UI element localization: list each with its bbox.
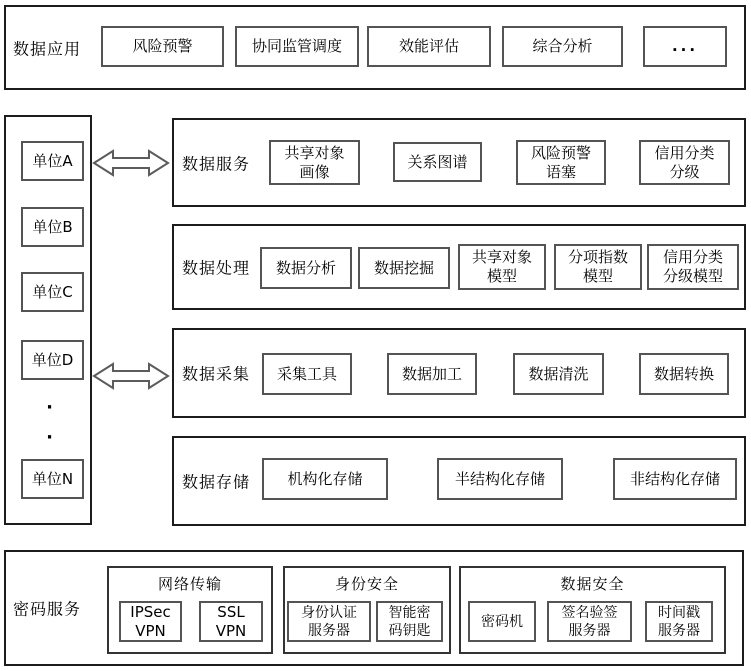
semi-structured-storage-box: 半结构化存储 <box>437 458 563 500</box>
data-service-label: 数据服务 <box>182 151 250 174</box>
architecture-diagram: 数据应用 风险预警 协同监管调度 效能评估 综合分析 ... 单位A 单位B 单… <box>0 0 751 671</box>
data-processing-section: 数据处理 数据分析 数据挖掘 共享对象 模型 分项指数 模型 信用分类 分级模型 <box>172 224 746 310</box>
identity-security-group: 身份安全 身份认证 服务器 智能密 码钥匙 <box>283 566 451 654</box>
unit-b-box: 单位B <box>21 207 84 247</box>
network-transmission-label: 网络传输 <box>109 573 271 594</box>
timestamp-server-box: 时间戳 服务器 <box>645 601 713 642</box>
sub-index-model-box: 分项指数 模型 <box>554 244 642 290</box>
data-security-group: 数据安全 密码机 签名验签 服务器 时间戳 服务器 <box>459 566 726 654</box>
ipsec-vpn-box: IPSec VPN <box>119 601 182 642</box>
data-application-section: 数据应用 风险预警 协同监管调度 效能评估 综合分析 ... <box>4 5 746 90</box>
data-storage-section: 数据存储 机构化存储 半结构化存储 非结构化存储 <box>172 436 746 526</box>
data-security-label: 数据安全 <box>461 573 724 594</box>
crypto-service-label: 密码服务 <box>13 597 81 620</box>
ssl-vpn-box: SSL VPN <box>199 601 263 642</box>
smart-crypto-key-box: 智能密 码钥匙 <box>376 601 443 642</box>
shared-object-model-box: 共享对象 模型 <box>458 244 546 290</box>
unit-c-box: 单位C <box>21 272 84 312</box>
units-section: 单位A 单位B 单位C 单位D ··· 单位N <box>4 115 92 525</box>
risk-warning-box: 风险预警 <box>101 26 224 67</box>
units-ellipsis-dots: ··· <box>37 397 61 457</box>
shared-object-profile-box: 共享对象 画像 <box>269 140 360 185</box>
data-mining-box: 数据挖掘 <box>358 247 450 289</box>
more-applications-box: ... <box>643 26 727 67</box>
structured-storage-box: 机构化存储 <box>262 458 388 500</box>
credit-classification-model-box: 信用分类 分级模型 <box>647 244 739 290</box>
data-storage-label: 数据存储 <box>182 470 250 493</box>
crypto-service-section: 密码服务 网络传输 IPSec VPN SSL VPN 身份安全 身份认证 服务… <box>4 550 744 666</box>
unit-a-box: 单位A <box>21 141 84 181</box>
data-machining-box: 数据加工 <box>387 353 477 395</box>
unstructured-storage-box: 非结构化存储 <box>613 458 737 500</box>
data-service-section: 数据服务 共享对象 画像 关系图谱 风险预警 语塞 信用分类 分级 <box>172 118 746 207</box>
collaborative-supervision-box: 协同监管调度 <box>235 26 359 67</box>
data-application-label: 数据应用 <box>13 36 81 59</box>
unit-d-box: 单位D <box>21 340 84 380</box>
data-analysis-box: 数据分析 <box>260 247 352 289</box>
signature-verification-server-box: 签名验签 服务器 <box>547 601 632 642</box>
bidirectional-arrow-icon <box>92 149 170 177</box>
cipher-machine-box: 密码机 <box>468 601 536 642</box>
identity-security-label: 身份安全 <box>285 573 449 594</box>
data-processing-label: 数据处理 <box>182 256 250 279</box>
network-transmission-group: 网络传输 IPSec VPN SSL VPN <box>107 566 273 654</box>
risk-warning-semantics-box: 风险预警 语塞 <box>516 140 606 185</box>
comprehensive-analysis-box: 综合分析 <box>502 26 623 67</box>
unit-n-box: 单位N <box>21 459 84 499</box>
data-collection-label: 数据采集 <box>182 362 250 385</box>
collection-tool-box: 采集工具 <box>262 353 352 395</box>
efficiency-evaluation-box: 效能评估 <box>367 26 491 67</box>
data-collection-section: 数据采集 采集工具 数据加工 数据清洗 数据转换 <box>172 328 746 418</box>
credit-classification-box: 信用分类 分级 <box>639 140 730 185</box>
data-cleaning-box: 数据清洗 <box>513 353 604 395</box>
data-conversion-box: 数据转换 <box>639 353 729 395</box>
identity-auth-server-box: 身份认证 服务器 <box>287 601 371 642</box>
relation-graph-box: 关系图谱 <box>393 142 482 182</box>
bidirectional-arrow-icon <box>92 362 170 390</box>
